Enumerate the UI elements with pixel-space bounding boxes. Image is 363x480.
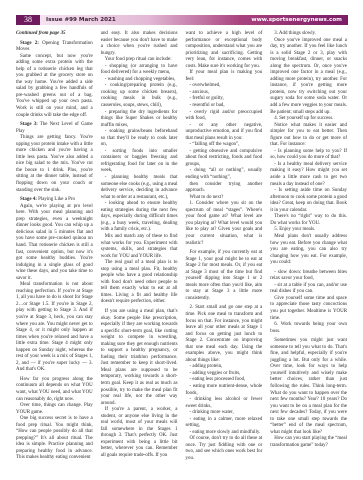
column-1: Continued from page 35 Stage 2: Opening … <box>16 31 93 471</box>
column-2: and easy. It also makes decisions easier… <box>101 31 178 471</box>
paragraph: There's no “right” way to do this. Do wh… <box>270 214 347 227</box>
stage-heading: Stage 2: Opening Transformation Moves <box>16 41 93 54</box>
stage-label: Stage 3: <box>20 122 38 127</box>
paragraph: - sorting foods into smaller containers … <box>101 149 178 175</box>
paragraph: Over time, things can change. Play YOUR … <box>16 403 93 416</box>
paragraph: - overly rigid and/or preoccupied with f… <box>186 110 263 123</box>
paragraph: If you are using a meal plan, that's oka… <box>101 309 178 407</box>
issue-label: Issue #99 March 2021 <box>46 17 116 23</box>
paragraph: - slow down: breathe between bites relax… <box>270 270 347 283</box>
paragraph: If you're a parent, a worker, a student,… <box>101 407 178 459</box>
paragraph: Things are getting fancy. You're upping … <box>16 135 93 194</box>
paragraph: - or any other negative, unproductive em… <box>186 123 263 143</box>
stage-title: Playing Like a Pro <box>37 197 75 202</box>
stage-label: Stage 4: <box>20 197 37 202</box>
paragraph: - Is setting aside time on Sunday aftern… <box>270 188 347 214</box>
paragraph: - Is a healthy meal delivery service mak… <box>270 162 347 188</box>
paragraph: Meal plans don't usually address how you… <box>270 234 347 267</box>
stage-heading: Stage 3: The Next Level of Game Play <box>16 122 93 135</box>
paragraph: want to achieve a high level of performa… <box>186 31 263 70</box>
paragraph: - getting obsessive and compulsive about… <box>186 149 263 169</box>
paragraph: - planning healthy meals that someone el… <box>101 175 178 201</box>
article-body: Continued from page 35 Stage 2: Opening … <box>16 31 347 471</box>
paragraph: How can you start playing the “meal tran… <box>270 436 347 449</box>
paragraph: - eating in a calmer, more relaxed setti… <box>186 417 263 430</box>
paragraph: - shopping (or arranging to have food de… <box>101 64 178 77</box>
paragraph: Same concept, but now you're adding some… <box>16 54 93 119</box>
paragraph: 2. Start small and go one step at a time… <box>186 305 263 364</box>
paragraph: - preparing the dry ingredients for thin… <box>101 110 178 130</box>
column-4: 3. Add things slowly.Once you've improve… <box>270 31 347 471</box>
paragraph: 1. Consider where you sit on the spectru… <box>186 201 263 247</box>
paragraph: - eating more nutrient-dense, whole food… <box>186 384 263 397</box>
paragraph: - soaking grains/beans beforehand so tha… <box>101 129 178 149</box>
paragraph: For example, if you currently eat at Sta… <box>186 250 263 302</box>
paragraph: then consider trying another approach. <box>186 182 263 195</box>
paragraph: - sit at a table if you can, and/or use … <box>270 283 347 296</box>
paragraph: Again, we're playing at pro level here. … <box>16 204 93 283</box>
paragraph: Once you've improved one meal a day, try… <box>270 38 347 117</box>
paragraph: Mix and match any of these to find what … <box>101 234 178 260</box>
page-number: 38 <box>16 15 40 25</box>
paragraph: Notice what makes it easier and simpler … <box>270 123 347 149</box>
paragraph: Give yourself some time and space to app… <box>270 296 347 322</box>
paragraph: - drinking less alcohol or fewer sweet d… <box>186 397 263 410</box>
website-link[interactable]: www.sportsenergynews.com <box>251 17 342 23</box>
paragraph: Meal transformation is not about reachin… <box>16 282 93 374</box>
paragraph: - Is planning some help to you? If so, h… <box>270 149 347 162</box>
header-bar: Issue #99 March 2021 www.sportsenergynew… <box>40 15 348 25</box>
paragraph: Of course, don't try to do all these at … <box>186 436 263 462</box>
paragraph: The real goal of a meal plan is to stop … <box>101 260 178 306</box>
continued-note: Continued from page 35 <box>16 31 93 38</box>
page-header: 38 Issue #99 March 2021 www.sportsenergy… <box>16 15 348 25</box>
paragraph: and easy. It also makes decisions easier… <box>101 31 178 57</box>
stage-label: Stage 2: <box>20 41 39 46</box>
paragraph: Sometimes you might just want someone to… <box>270 338 347 436</box>
paragraph: If your meal plan is making you feel: <box>186 70 263 83</box>
paragraph: - looking ahead to ensure healthy eating… <box>101 201 178 234</box>
paragraph: One big success secret is to have a food… <box>16 416 93 462</box>
paragraph: - cooking/preparing protein (e.g., cooki… <box>101 83 178 109</box>
paragraph: Your food prep ritual can include: <box>101 57 178 64</box>
column-3: want to achieve a high level of performa… <box>186 31 263 471</box>
paragraph: How far you progress along the continuum… <box>16 377 93 403</box>
paragraph: - doing “all or nothing”, usually ending… <box>186 168 263 181</box>
paragraph: 6. Work towards being your own boss. <box>270 322 347 335</box>
